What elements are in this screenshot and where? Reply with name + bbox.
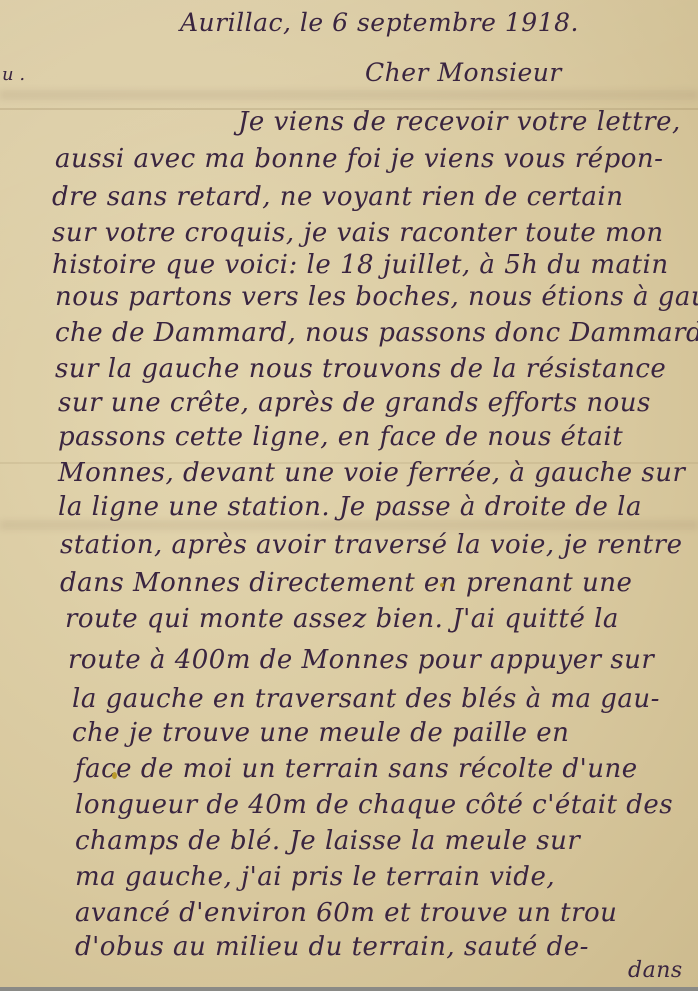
salutation: Cher Monsieur bbox=[365, 58, 562, 87]
body-line: che de Dammard, nous passons donc Dammar… bbox=[55, 318, 698, 348]
body-line: d'obus au milieu du terrain, sauté de- bbox=[75, 932, 589, 962]
body-line: Je viens de recevoir votre lettre, bbox=[238, 107, 681, 137]
body-line: champs de blé. Je laisse la meule sur bbox=[75, 826, 580, 856]
body-line: face de moi un terrain sans récolte d'un… bbox=[75, 754, 638, 784]
body-line: ma gauche, j'ai pris le terrain vide, bbox=[75, 862, 555, 892]
body-line: passons cette ligne, en face de nous éta… bbox=[58, 422, 623, 452]
body-line: aussi avec ma bonne foi je viens vous ré… bbox=[55, 144, 663, 174]
body-line: avancé d'environ 60m et trouve un trou bbox=[75, 898, 617, 928]
body-line: dans Monnes directement en prenant une bbox=[60, 568, 632, 598]
paper-bottom-edge bbox=[0, 987, 698, 991]
place-date: Aurillac, le 6 septembre 1918. bbox=[180, 8, 579, 37]
ink-stain bbox=[440, 583, 444, 587]
body-line: sur une crête, après de grands efforts n… bbox=[58, 388, 651, 418]
body-line: la gauche en traversant des blés à ma ga… bbox=[72, 684, 660, 714]
body-line: sur la gauche nous trouvons de la résist… bbox=[55, 354, 666, 384]
body-line: dre sans retard, ne voyant rien de certa… bbox=[52, 182, 624, 212]
letter-page: u . Aurillac, le 6 septembre 1918. Cher … bbox=[0, 0, 698, 991]
body-line: route qui monte assez bien. J'ai quitté … bbox=[65, 604, 619, 634]
body-line: Monnes, devant une voie ferrée, à gauche… bbox=[58, 458, 685, 488]
body-line: station, après avoir traversé la voie, j… bbox=[60, 530, 682, 560]
catchword: dans bbox=[628, 958, 683, 983]
body-line: nous partons vers les boches, nous étion… bbox=[55, 282, 698, 312]
body-line: che je trouve une meule de paille en bbox=[72, 718, 569, 748]
body-line: histoire que voici: le 18 juillet, à 5h … bbox=[52, 250, 669, 280]
ink-bleed-through bbox=[0, 90, 698, 100]
body-line: longueur de 40m de chaque côté c'était d… bbox=[75, 790, 673, 820]
body-line: route à 400m de Monnes pour appuyer sur bbox=[68, 645, 654, 675]
margin-fragment: u . bbox=[2, 64, 25, 85]
ink-stain bbox=[112, 772, 117, 779]
body-line: sur votre croquis, je vais raconter tout… bbox=[52, 218, 664, 248]
body-line: la ligne une station. Je passe à droite … bbox=[58, 492, 642, 522]
